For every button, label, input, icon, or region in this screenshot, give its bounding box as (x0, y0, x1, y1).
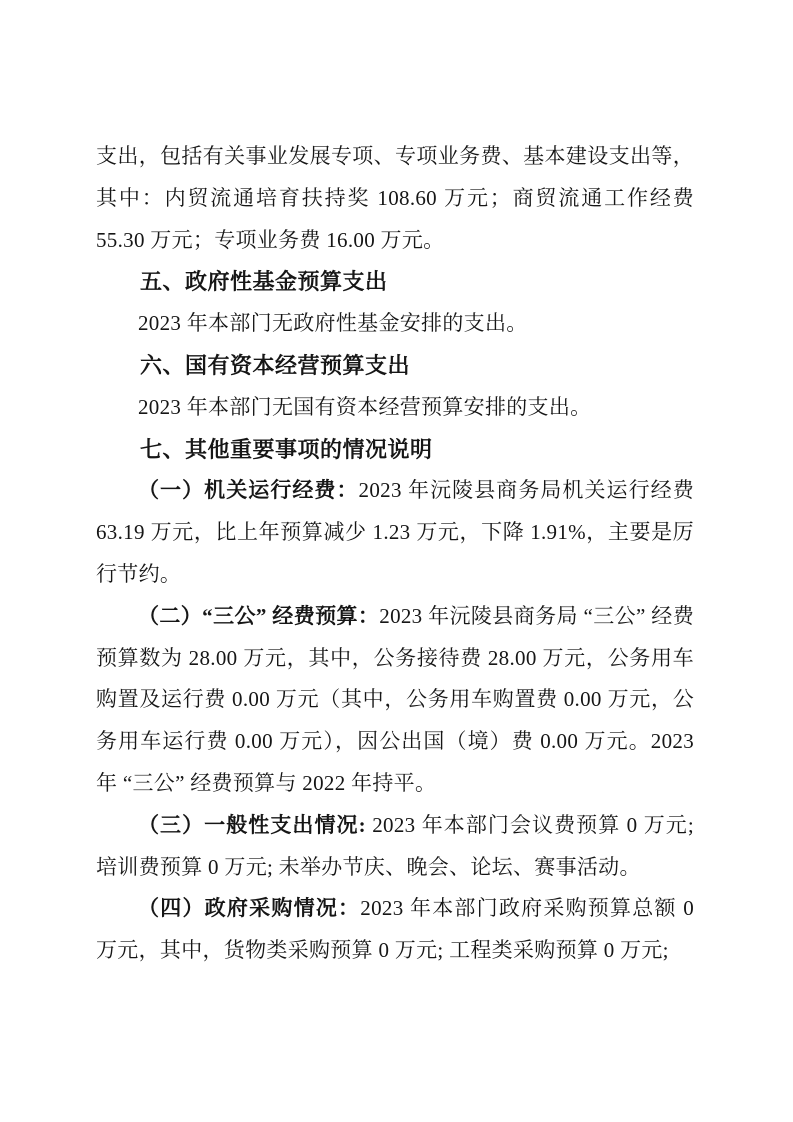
paragraph-lead-agency-operating-expense: （一）机关运行经费： (138, 478, 359, 502)
document-page: 支出，包括有关事业发展专项、专项业务费、基本建设支出等，其中：内贸流通培育扶持奖… (0, 0, 793, 1122)
paragraph-state-capital-statement: 2023 年本部门无国有资本经营预算安排的支出。 (96, 387, 694, 429)
heading-section-six-state-capital-budget: 六、国有资本经营预算支出 (96, 345, 694, 387)
paragraph-government-procurement-situation: （四）政府采购情况：2023 年本部门政府采购预算总额 0 万元，其中，货物类采… (96, 888, 694, 972)
paragraph-government-fund-statement: 2023 年本部门无政府性基金安排的支出。 (96, 303, 694, 345)
paragraph-lead-general-expenditure-situation: （三）一般性支出情况: (138, 813, 366, 837)
paragraph-lead-government-procurement-situation: （四）政府采购情况： (138, 896, 360, 920)
paragraph-lead-three-public-expense-budget: （二）“三公” 经费预算： (138, 604, 379, 628)
paragraph-body-three-public-expense-budget: 2023 年沅陵县商务局 “三公” 经费预算数为 28.00 万元，其中，公务接… (96, 604, 694, 795)
paragraph-agency-operating-expense: （一）机关运行经费：2023 年沅陵县商务局机关运行经费 63.19 万元，比上… (96, 470, 694, 595)
document-text-block: 支出，包括有关事业发展专项、专项业务费、基本建设支出等，其中：内贸流通培育扶持奖… (96, 136, 694, 972)
heading-section-seven-other-important-matters: 七、其他重要事项的情况说明 (96, 429, 694, 471)
paragraph-general-expenditure-situation: （三）一般性支出情况: 2023 年本部门会议费预算 0 万元; 培训费预算 0… (96, 805, 694, 889)
heading-section-five-government-fund-budget: 五、政府性基金预算支出 (96, 261, 694, 303)
paragraph-business-expenditure-detail: 支出，包括有关事业发展专项、专项业务费、基本建设支出等，其中：内贸流通培育扶持奖… (96, 136, 694, 261)
paragraph-three-public-expense-budget: （二）“三公” 经费预算：2023 年沅陵县商务局 “三公” 经费预算数为 28… (96, 596, 694, 805)
